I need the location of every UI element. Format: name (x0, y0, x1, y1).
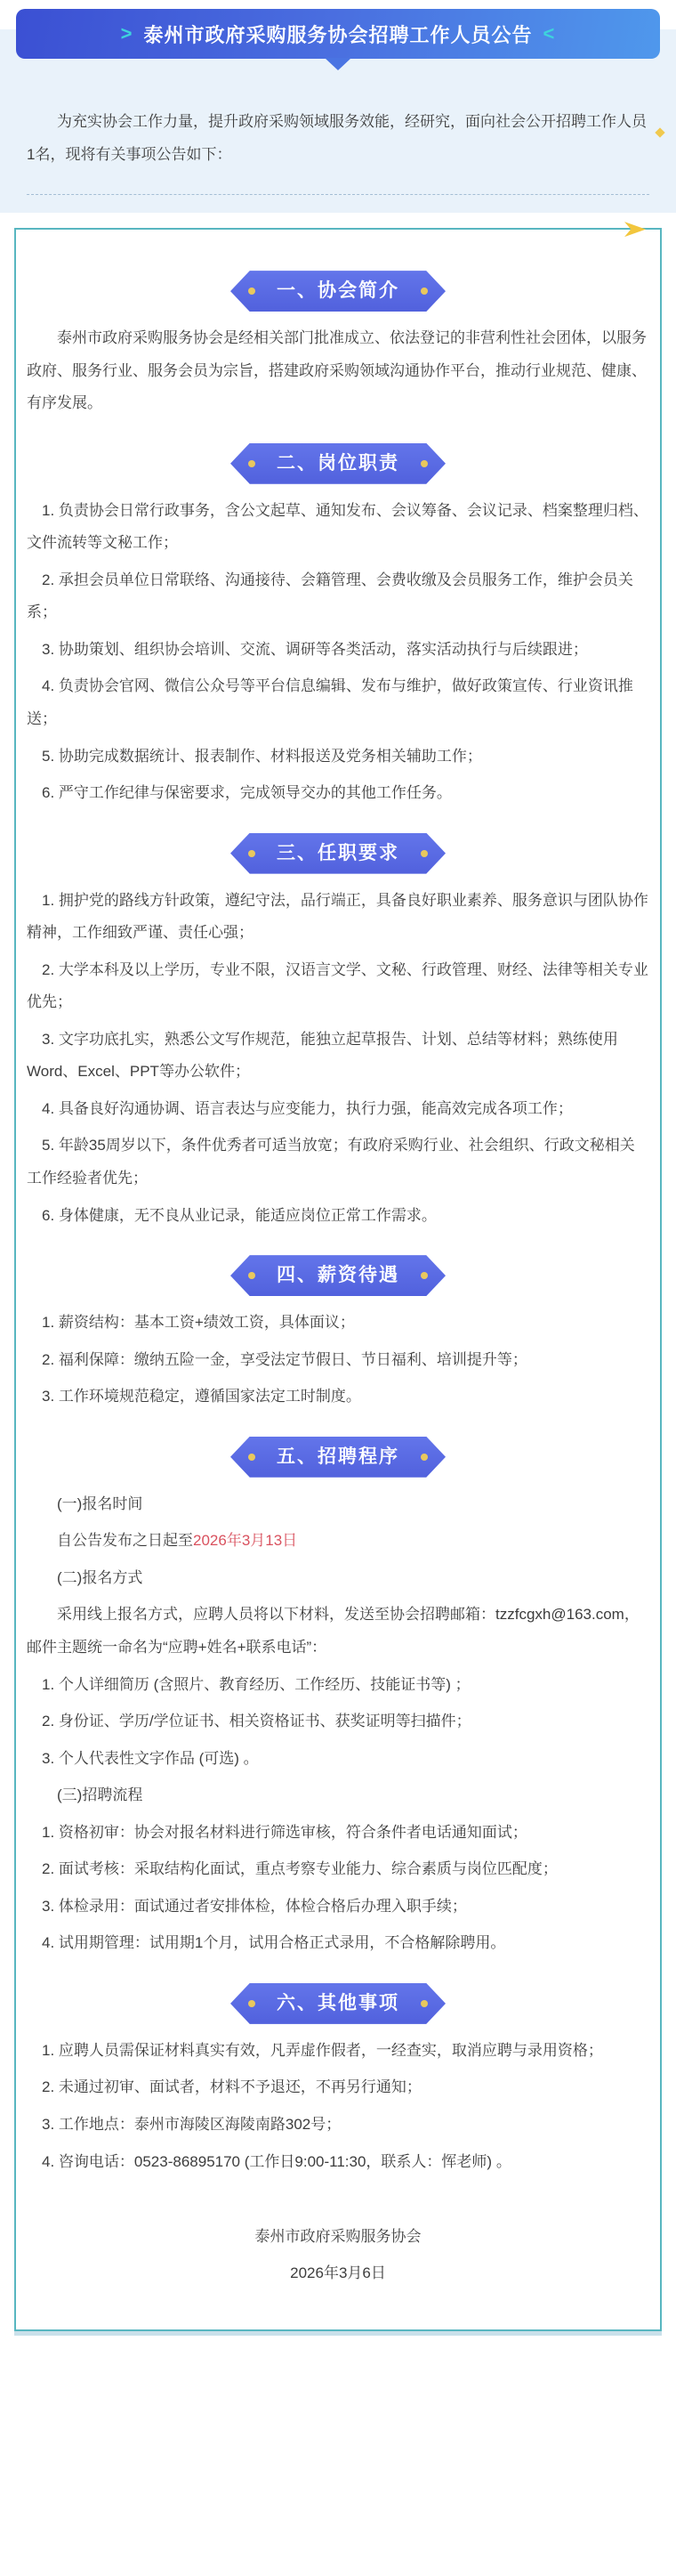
text-run: 6. 严守工作纪律与保密要求，完成领导交办的其他工作任务。 (42, 784, 452, 801)
list-item: 2. 面试考核：采取结构化面试，重点考察专业能力、综合素质与岗位匹配度； (27, 1853, 649, 1886)
badge-dot-icon (421, 1454, 428, 1461)
list-item: 1. 薪资结构：基本工资+绩效工资，具体面议； (27, 1307, 649, 1340)
section-badge: 六、其他事项 (230, 1983, 446, 2024)
badge-dot-icon (421, 850, 428, 857)
list-item: 3. 工作地点：泰州市海陵区海陵南路302号； (27, 2109, 649, 2142)
list-item: 6. 身体健康，无不良从业记录，能适应岗位正常工作需求。 (27, 1200, 649, 1233)
badge-dot-icon (248, 1272, 255, 1279)
text-run: 1. 拥护党的路线方针政策，遵纪守法，品行端正，具备良好职业素养、服务意识与团队… (27, 892, 648, 942)
text-run: 3. 文字功底扎实，熟悉公文写作规范，能独立起草报告、计划、总结等材料；熟练使用… (27, 1031, 618, 1081)
list-item: 3. 体检录用：面试通过者安排体检，体检合格后办理入职手续； (27, 1891, 649, 1924)
list-item: 5. 年龄35周岁以下，条件优秀者可适当放宽；有政府采购行业、社会组织、行政文秘… (27, 1130, 649, 1195)
section-badge-row: 二、岗位职责 (27, 443, 649, 484)
list-item: 3. 文字功底扎实，熟悉公文写作规范，能独立起草报告、计划、总结等材料；熟练使用… (27, 1024, 649, 1089)
text-run: 3. 工作地点：泰州市海陵区海陵南路302号； (42, 2116, 341, 2133)
list-item: 2. 大学本科及以上学历，专业不限，汉语言文学、文秘、行政管理、财经、法律等相关… (27, 954, 649, 1019)
list-item: 4. 试用期管理：试用期1个月，试用合格正式录用，不合格解除聘用。 (27, 1927, 649, 1960)
list-item: 3. 工作环境规范稳定，遵循国家法定工时制度。 (27, 1381, 649, 1414)
sections-container: 一、协会简介泰州市政府采购服务协会是经相关部门批准成立、依法登记的非营利性社会团… (27, 271, 649, 2178)
section-badge-row: 三、任职要求 (27, 833, 649, 874)
section-badge-label: 四、薪资待遇 (277, 1265, 399, 1285)
title-banner: > 泰州市政府采购服务协会招聘工作人员公告 < (16, 9, 660, 59)
section-badge: 四、薪资待遇 (230, 1255, 446, 1296)
list-item: 2. 未通过初审、面试者，材料不予退还，不再另行通知； (27, 2071, 649, 2104)
text-run: (一)报名时间 (57, 1495, 142, 1512)
text-run: 1. 薪资结构：基本工资+绩效工资，具体面议； (42, 1314, 355, 1331)
highlighted-date: 2026年3月13日 (193, 1532, 297, 1549)
badge-dot-icon (421, 2000, 428, 2007)
paragraph: (二)报名方式 (27, 1562, 649, 1595)
badge-dot-icon (248, 288, 255, 295)
right-arrow-icon (624, 222, 646, 237)
list-item: 3. 个人代表性文字作品 (可选) 。 (27, 1743, 649, 1776)
list-item: 2. 承担会员单位日常联络、沟通接待、会籍管理、会费收缴及会员服务工作，维护会员… (27, 564, 649, 629)
section-badge-label: 二、岗位职责 (277, 453, 399, 474)
dashed-divider (27, 194, 649, 195)
text-run: 4. 负责协会官网、微信公众号等平台信息编辑、发布与维护，做好政策宣传、行业资讯… (27, 677, 633, 727)
list-item: 6. 严守工作纪律与保密要求，完成领导交办的其他工作任务。 (27, 777, 649, 810)
text-run: 4. 具备良好沟通协调、语言表达与应变能力，执行力强，能高效完成各项工作； (42, 1100, 573, 1117)
list-item: 1. 负责协会日常行政事务，含公文起草、通知发布、会议筹备、会议记录、档案整理归… (27, 495, 649, 560)
intro-paragraph: 为充实协会工作力量，提升政府采购领域服务效能，经研究，面向社会公开招聘工作人员1… (27, 106, 649, 171)
chevron-left-icon: < (543, 22, 556, 45)
header-area: > 泰州市政府采购服务协会招聘工作人员公告 < (0, 9, 676, 59)
text-run: 3. 工作环境规范稳定，遵循国家法定工时制度。 (42, 1388, 361, 1405)
text-run: 3. 个人代表性文字作品 (可选) 。 (42, 1750, 259, 1767)
text-run: (三)招聘流程 (57, 1786, 142, 1803)
signature-org: 泰州市政府采购服务协会 (27, 2219, 649, 2256)
section-badge-row: 五、招聘程序 (27, 1437, 649, 1478)
text-run: 3. 体检录用：面试通过者安排体检，体检合格后办理入职手续； (42, 1898, 467, 1915)
badge-dot-icon (421, 1272, 428, 1279)
text-run: 2. 承担会员单位日常联络、沟通接待、会籍管理、会费收缴及会员服务工作，维护会员… (27, 571, 633, 621)
signature-date: 2026年3月6日 (27, 2256, 649, 2292)
paragraph: 泰州市政府采购服务协会是经相关部门批准成立、依法登记的非营利性社会团体，以服务政… (27, 322, 649, 420)
text-run: 2. 未通过初审、面试者，材料不予退还，不再另行通知； (42, 2078, 422, 2095)
section-badge-label: 一、协会简介 (277, 280, 399, 301)
list-item: 4. 咨询电话：0523-86895170 (工作日9:00-11:30，联系人… (27, 2146, 649, 2179)
text-run: 3. 协助策划、组织协会培训、交流、调研等各类活动，落实活动执行与后续跟进； (42, 641, 588, 658)
section-badge: 五、招聘程序 (230, 1437, 446, 1478)
diamond-icon (655, 127, 664, 137)
list-item: 4. 具备良好沟通协调、语言表达与应变能力，执行力强，能高效完成各项工作； (27, 1093, 649, 1126)
list-item: 1. 拥护党的路线方针政策，遵纪守法，品行端正，具备良好职业素养、服务意识与团队… (27, 885, 649, 950)
section-badge-label: 六、其他事项 (277, 1993, 399, 2013)
badge-dot-icon (421, 460, 428, 467)
section-badge: 三、任职要求 (230, 833, 446, 874)
section-badge-label: 三、任职要求 (277, 843, 399, 863)
badge-dot-icon (248, 2000, 255, 2007)
paragraph: 采用线上报名方式，应聘人员将以下材料，发送至协会招聘邮箱：tzzfcgxh@16… (27, 1599, 649, 1664)
text-run: 2. 面试考核：采取结构化面试，重点考察专业能力、综合素质与岗位匹配度； (42, 1860, 558, 1877)
section-badge-row: 六、其他事项 (27, 1983, 649, 2024)
list-item: 1. 资格初审：协会对报名材料进行筛选审核，符合条件者电话通知面试； (27, 1817, 649, 1850)
text-run: 2. 大学本科及以上学历，专业不限，汉语言文学、文秘、行政管理、财经、法律等相关… (27, 961, 648, 1011)
text-run: 泰州市政府采购服务协会是经相关部门批准成立、依法登记的非营利性社会团体，以服务政… (27, 329, 647, 411)
text-run: 5. 协助完成数据统计、报表制作、材料报送及党务相关辅助工作； (42, 748, 482, 765)
text-run: 4. 试用期管理：试用期1个月，试用合格正式录用，不合格解除聘用。 (42, 1934, 505, 1951)
text-run: 2. 福利保障：缴纳五险一金，享受法定节假日、节日福利、培训提升等； (42, 1351, 527, 1368)
section-badge: 二、岗位职责 (230, 443, 446, 484)
text-run: 6. 身体健康，无不良从业记录，能适应岗位正常工作需求。 (42, 1207, 437, 1224)
list-item: 5. 协助完成数据统计、报表制作、材料报送及党务相关辅助工作； (27, 741, 649, 774)
list-item: 1. 个人详细简历 (含照片、教育经历、工作经历、技能证书等) ； (27, 1669, 649, 1702)
paragraph: (三)招聘流程 (27, 1779, 649, 1812)
text-run: 1. 负责协会日常行政事务，含公文起草、通知发布、会议筹备、会议记录、档案整理归… (27, 502, 648, 552)
badge-dot-icon (421, 288, 428, 295)
section-badge-row: 四、薪资待遇 (27, 1255, 649, 1296)
badge-dot-icon (248, 1454, 255, 1461)
list-item: 4. 负责协会官网、微信公众号等平台信息编辑、发布与维护，做好政策宣传、行业资讯… (27, 670, 649, 735)
list-item: 3. 协助策划、组织协会培训、交流、调研等各类活动，落实活动执行与后续跟进； (27, 634, 649, 667)
list-item: 2. 福利保障：缴纳五险一金，享受法定节假日、节日福利、培训提升等； (27, 1344, 649, 1377)
badge-dot-icon (248, 850, 255, 857)
paragraph: (一)报名时间 (27, 1488, 649, 1521)
badge-dot-icon (248, 460, 255, 467)
text-run: (二)报名方式 (57, 1569, 142, 1586)
text-run: 4. 咨询电话：0523-86895170 (工作日9:00-11:30，联系人… (42, 2153, 511, 2170)
chevron-right-icon: > (121, 22, 133, 45)
section-badge-row: 一、协会简介 (27, 271, 649, 312)
page-title: 泰州市政府采购服务协会招聘工作人员公告 (143, 20, 532, 48)
section-badge-label: 五、招聘程序 (277, 1446, 399, 1467)
list-item: 2. 身份证、学历/学位证书、相关资格证书、获奖证明等扫描件； (27, 1705, 649, 1738)
section-badge: 一、协会简介 (230, 271, 446, 312)
text-run: 1. 应聘人员需保证材料真实有效，凡弄虚作假者，一经查实，取消应聘与录用资格； (42, 2042, 603, 2059)
text-run: 1. 资格初审：协会对报名材料进行筛选审核，符合条件者电话通知面试； (42, 1824, 527, 1841)
text-run: 自公告发布之日起至 (57, 1532, 193, 1549)
list-item: 1. 应聘人员需保证材料真实有效，凡弄虚作假者，一经查实，取消应聘与录用资格； (27, 2035, 649, 2068)
text-run: 1. 个人详细简历 (含照片、教育经历、工作经历、技能证书等) ； (42, 1676, 471, 1693)
paragraph: 自公告发布之日起至2026年3月13日 (27, 1525, 649, 1558)
text-run: 5. 年龄35周岁以下，条件优秀者可适当放宽；有政府采购行业、社会组织、行政文秘… (27, 1137, 635, 1187)
text-run: 采用线上报名方式，应聘人员将以下材料，发送至协会招聘邮箱：tzzfcgxh@16… (27, 1606, 640, 1656)
announcement-card: 一、协会简介泰州市政府采购服务协会是经相关部门批准成立、依法登记的非营利性社会团… (14, 228, 662, 2331)
text-run: 2. 身份证、学历/学位证书、相关资格证书、获奖证明等扫描件； (42, 1713, 471, 1729)
signature-block: 泰州市政府采购服务协会 2026年3月6日 (27, 2219, 649, 2292)
announcement-page: > 泰州市政府采购服务协会招聘工作人员公告 < 为充实协会工作力量，提升政府采购… (0, 0, 676, 2331)
